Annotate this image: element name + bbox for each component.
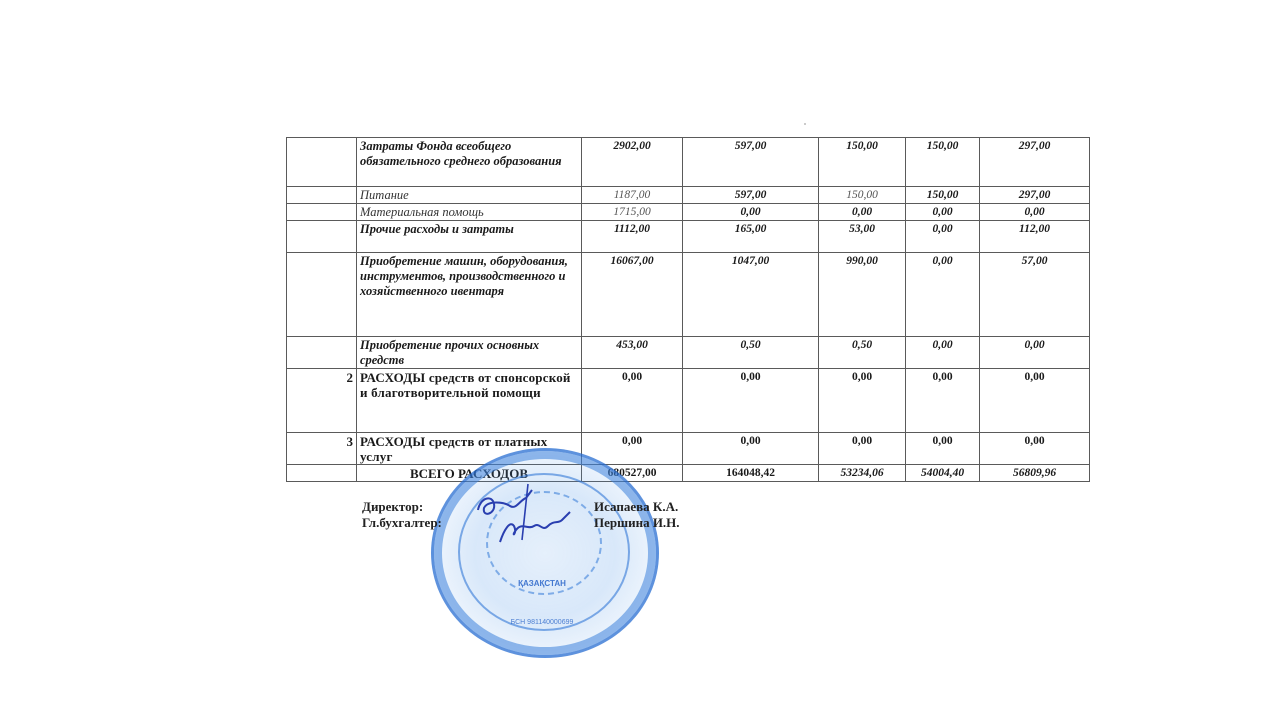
value-cell: 597,00 (683, 138, 819, 187)
signature-block: Директор: Исапаева К.А. Гл.бухгалтер: Пе… (362, 499, 692, 531)
value-cell: 0,00 (582, 433, 683, 465)
row-index (287, 465, 357, 482)
scan-speck (804, 123, 806, 125)
total-value-cell: 56809,96 (980, 465, 1090, 482)
table-row: 2РАСХОДЫ средств от спонсорской и благот… (287, 369, 1090, 433)
row-index (287, 253, 357, 337)
total-value-cell: 164048,42 (683, 465, 819, 482)
value-cell: 1112,00 (582, 221, 683, 253)
value-cell: 0,00 (980, 369, 1090, 433)
value-cell: 112,00 (980, 221, 1090, 253)
value-cell: 0,00 (683, 369, 819, 433)
seal-center-text: ҚАЗАҚСТАН (434, 579, 650, 588)
row-index (287, 337, 357, 369)
value-cell: 16067,00 (582, 253, 683, 337)
value-cell: 1047,00 (683, 253, 819, 337)
value-cell: 0,00 (906, 253, 980, 337)
signature-role: Гл.бухгалтер: (362, 515, 594, 531)
row-label: Питание (357, 187, 582, 204)
value-cell: 0,00 (582, 369, 683, 433)
value-cell: 0,00 (683, 433, 819, 465)
value-cell: 0,00 (980, 337, 1090, 369)
value-cell: 53,00 (819, 221, 906, 253)
value-cell: 2902,00 (582, 138, 683, 187)
table-row: Материальная помощь1715,000,000,000,000,… (287, 204, 1090, 221)
value-cell: 0,00 (906, 204, 980, 221)
total-value-cell: 53234,06 (819, 465, 906, 482)
value-cell: 0,00 (819, 433, 906, 465)
value-cell: 0,00 (980, 204, 1090, 221)
row-label: Приобретение прочих основных средств (357, 337, 582, 369)
value-cell: 453,00 (582, 337, 683, 369)
row-label: Материальная помощь (357, 204, 582, 221)
row-label: РАСХОДЫ средств от спонсорской и благотв… (357, 369, 582, 433)
seal-ring-text: БСН 981140000699 (434, 619, 650, 626)
value-cell: 0,00 (906, 221, 980, 253)
value-cell: 0,50 (819, 337, 906, 369)
value-cell: 0,50 (683, 337, 819, 369)
value-cell: 297,00 (980, 138, 1090, 187)
value-cell: 0,00 (906, 337, 980, 369)
value-cell: 0,00 (906, 433, 980, 465)
signature-row-accountant: Гл.бухгалтер: Першина И.Н. (362, 515, 692, 531)
signature-name: Першина И.Н. (594, 515, 680, 531)
value-cell: 0,00 (906, 369, 980, 433)
signature-name: Исапаева К.А. (594, 499, 678, 515)
value-cell: 990,00 (819, 253, 906, 337)
table-row: Прочие расходы и затраты1112,00165,0053,… (287, 221, 1090, 253)
row-index: 3 (287, 433, 357, 465)
row-index: 2 (287, 369, 357, 433)
seal-inner-ring (458, 473, 630, 631)
row-index (287, 221, 357, 253)
row-label: Затраты Фонда всеобщего обязательного ср… (357, 138, 582, 187)
total-row: ВСЕГО РАСХОДОВ680527,00164048,4253234,06… (287, 465, 1090, 482)
value-cell: 297,00 (980, 187, 1090, 204)
value-cell: 57,00 (980, 253, 1090, 337)
table-row: Приобретение прочих основных средств453,… (287, 337, 1090, 369)
row-index (287, 204, 357, 221)
row-label: РАСХОДЫ средств от платных услуг (357, 433, 582, 465)
row-label: Приобретение машин, оборудования, инстру… (357, 253, 582, 337)
value-cell: 597,00 (683, 187, 819, 204)
row-index (287, 138, 357, 187)
row-label: Прочие расходы и затраты (357, 221, 582, 253)
value-cell: 0,00 (980, 433, 1090, 465)
value-cell: 1187,00 (582, 187, 683, 204)
signature-role: Директор: (362, 499, 594, 515)
value-cell: 1715,00 (582, 204, 683, 221)
value-cell: 150,00 (906, 187, 980, 204)
value-cell: 150,00 (819, 138, 906, 187)
signature-row-director: Директор: Исапаева К.А. (362, 499, 692, 515)
row-index (287, 187, 357, 204)
total-value-cell: 54004,40 (906, 465, 980, 482)
table-row: Питание1187,00597,00150,00150,00297,00 (287, 187, 1090, 204)
value-cell: 0,00 (819, 369, 906, 433)
value-cell: 150,00 (819, 187, 906, 204)
table-row: Затраты Фонда всеобщего обязательного ср… (287, 138, 1090, 187)
value-cell: 165,00 (683, 221, 819, 253)
total-label: ВСЕГО РАСХОДОВ (357, 465, 582, 482)
value-cell: 0,00 (683, 204, 819, 221)
table-row: 3РАСХОДЫ средств от платных услуг0,000,0… (287, 433, 1090, 465)
table-row: Приобретение машин, оборудования, инстру… (287, 253, 1090, 337)
value-cell: 150,00 (906, 138, 980, 187)
value-cell: 0,00 (819, 204, 906, 221)
expenses-table: Затраты Фонда всеобщего обязательного ср… (286, 137, 1090, 482)
total-value-cell: 680527,00 (582, 465, 683, 482)
